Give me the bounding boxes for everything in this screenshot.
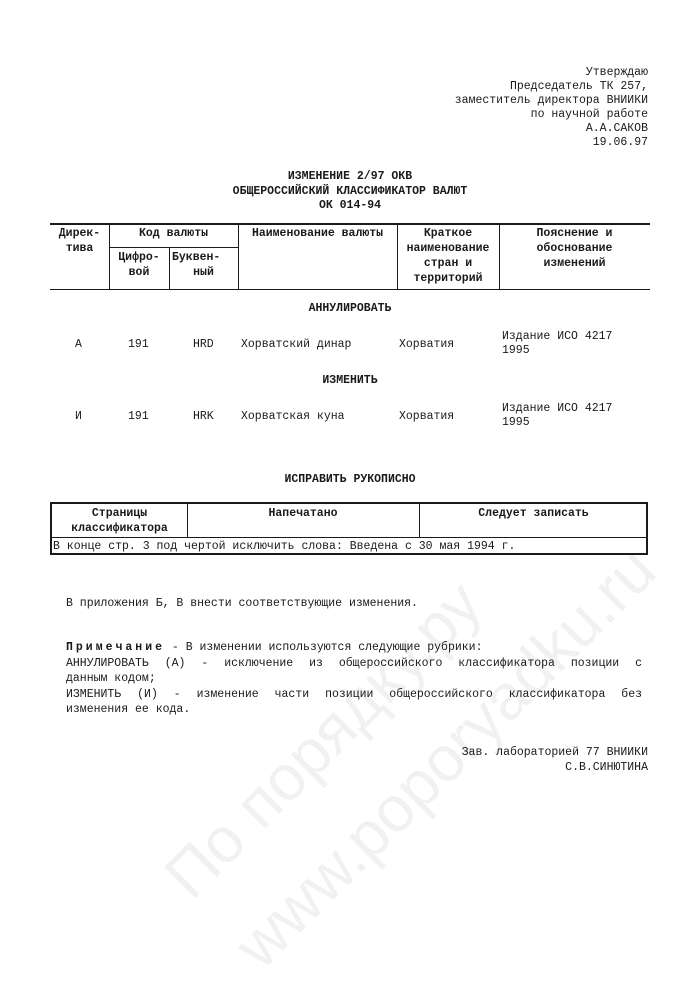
note-intro-line: Примечание - В изменении используются сл…	[66, 640, 642, 656]
header-currency-code: Код валюты	[109, 226, 238, 241]
note-line: ИЗМЕНИТЬ (И) - изменение части позиции о…	[66, 687, 642, 703]
cell-country: Хорватия	[399, 338, 454, 352]
header-text: вой	[109, 265, 169, 280]
note-line: данным кодом;	[66, 671, 642, 687]
cell-numeric: 191	[128, 410, 149, 424]
cell-numeric: 191	[128, 338, 149, 352]
signature-block: Зав. лабораторией 77 ВНИИКИ С.В.СИНЮТИНА	[462, 745, 648, 775]
header-text: обоснование	[499, 241, 650, 256]
approval-line: А.А.САКОВ	[455, 122, 648, 136]
table-top-border	[50, 223, 650, 225]
header-directive: Дирек- тива	[50, 226, 109, 256]
header-text: тива	[50, 241, 109, 256]
header-text: классификатора	[52, 521, 187, 536]
cell-country: Хорватия	[399, 410, 454, 424]
note-intro: - В изменении используются следующие руб…	[165, 641, 482, 654]
title-line-1: ИЗМЕНЕНИЕ 2/97 ОКВ	[0, 170, 700, 185]
document-title: ИЗМЕНЕНИЕ 2/97 ОКВ ОБЩЕРОССИЙСКИЙ КЛАССИ…	[0, 170, 700, 214]
header-country: Краткое наименование стран и территорий	[397, 226, 499, 286]
header-alpha: Буквен- ный	[169, 250, 238, 280]
section-title-correction: ИСПРАВИТЬ РУКОПИСНО	[0, 473, 700, 486]
table-row: В конце стр. 3 под чертой исключить слов…	[53, 540, 515, 553]
header-currency-name: Наименование валюты	[238, 226, 397, 241]
cell-explanation: Издание ИСО 4217 1995	[502, 402, 612, 430]
signature-name: С.В.СИНЮТИНА	[462, 760, 648, 775]
appendix-note: В приложения Б, В внести соответствующие…	[66, 597, 418, 610]
approval-line: Утверждаю	[455, 66, 648, 80]
approval-line: 19.06.97	[455, 136, 648, 150]
header-text: Буквен-	[169, 250, 238, 265]
header-text: изменений	[499, 256, 650, 271]
row-divider	[52, 537, 646, 538]
cell-name: Хорватская куна	[241, 410, 345, 424]
header-text: Страницы	[52, 506, 187, 521]
header-explanation: Пояснение и обоснование изменений	[499, 226, 650, 271]
section-title-annul: АННУЛИРОВАТЬ	[0, 302, 700, 315]
explanation-line: Издание ИСО 4217	[502, 330, 612, 344]
header-text: наименование	[397, 241, 499, 256]
header-pages: Страницы классификатора	[52, 506, 187, 536]
note-label: Примечание	[66, 641, 165, 654]
cell-explanation: Издание ИСО 4217 1995	[502, 330, 612, 358]
section-title-change: ИЗМЕНИТЬ	[0, 374, 700, 387]
watermark-text: По порядку.ру	[150, 566, 496, 912]
header-printed: Напечатано	[187, 506, 419, 521]
title-line-2: ОБЩЕРОССИЙСКИЙ КЛАССИФИКАТОР ВАЛЮТ	[0, 185, 700, 200]
note-line: АННУЛИРОВАТЬ (А) - исключение из общерос…	[66, 656, 642, 672]
note-block: Примечание - В изменении используются сл…	[66, 640, 642, 718]
header-text: территорий	[397, 271, 499, 286]
correction-table: Страницы классификатора Напечатано Следу…	[50, 502, 648, 555]
note-line: изменения ее кода.	[66, 702, 642, 718]
approval-line: по научной работе	[455, 108, 648, 122]
explanation-line: Издание ИСО 4217	[502, 402, 612, 416]
table-header-bottom-border	[50, 289, 650, 290]
cell-alpha: HRD	[193, 338, 214, 352]
signature-position: Зав. лабораторией 77 ВНИИКИ	[462, 745, 648, 760]
cell-name: Хорватский динар	[241, 338, 351, 352]
explanation-line: 1995	[502, 344, 612, 358]
code-subheader-divider	[109, 247, 238, 248]
explanation-line: 1995	[502, 416, 612, 430]
title-line-3: ОК 014-94	[0, 199, 700, 214]
header-text: Дирек-	[50, 226, 109, 241]
header-text: Пояснение и	[499, 226, 650, 241]
cell-alpha: HRK	[193, 410, 214, 424]
header-text: Краткое	[397, 226, 499, 241]
header-should-be: Следует записать	[419, 506, 648, 521]
cell-directive: А	[75, 338, 82, 352]
approval-block: Утверждаю Председатель ТК 257, заместите…	[455, 66, 648, 150]
header-text: ный	[169, 265, 238, 280]
header-numeric: Цифро- вой	[109, 250, 169, 280]
header-text: Цифро-	[109, 250, 169, 265]
header-text: стран и	[397, 256, 499, 271]
cell-directive: И	[75, 410, 82, 424]
approval-line: Председатель ТК 257,	[455, 80, 648, 94]
approval-line: заместитель директора ВНИИКИ	[455, 94, 648, 108]
